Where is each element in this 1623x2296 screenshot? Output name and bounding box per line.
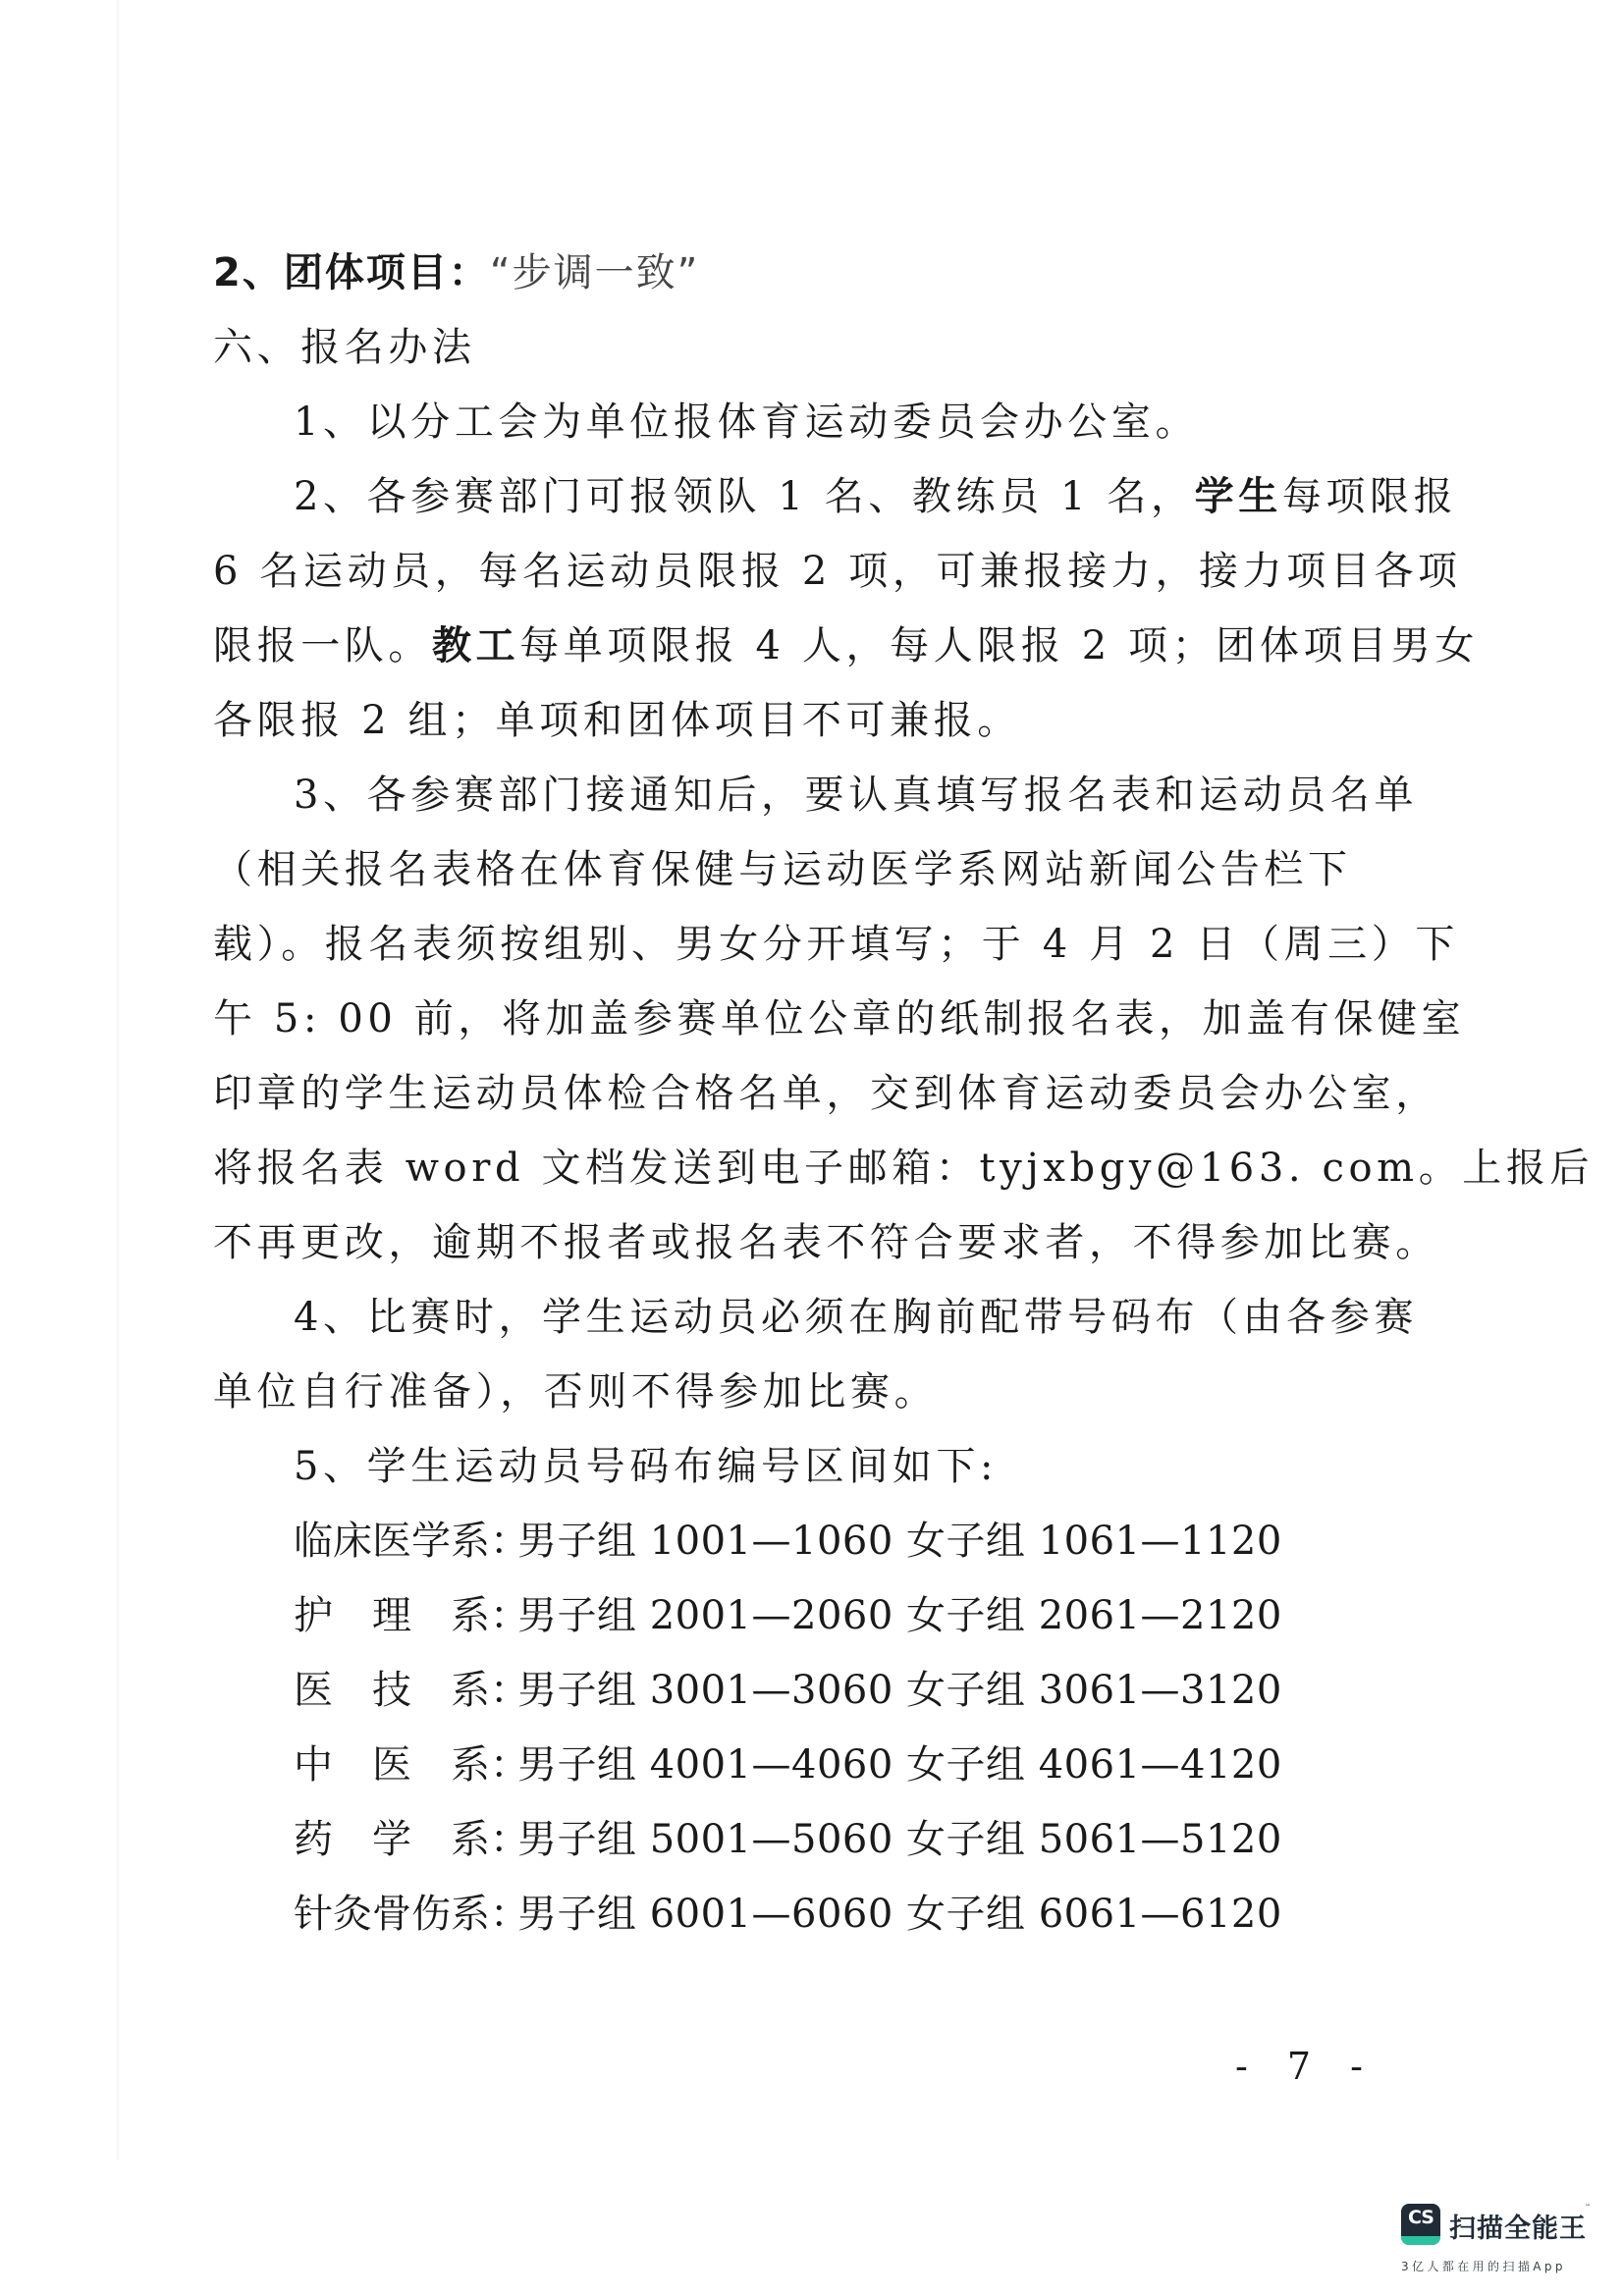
number-range-row: 药学系：男子组 5001—5060 女子组 5061—5120 <box>213 1802 1327 1877</box>
range-values: 男子组 5001—5060 女子组 5061—5120 <box>517 1802 1282 1877</box>
paragraph-3-line-6-email: 将报名表 word 文档发送到电子邮箱：tyjxbgy@163. com。上报后 <box>213 1131 1327 1205</box>
section-heading-registration: 六、报名办法 <box>213 310 1327 385</box>
team-event-line: 2、团体项目：“步调一致” <box>213 236 1327 310</box>
cs-logo-text: CS <box>1401 2207 1440 2228</box>
p2-bold-students: 学生 <box>1195 474 1282 519</box>
paragraph-3-line-7: 不再更改，逾期不报者或报名表不符合要求者，不得参加比赛。 <box>213 1205 1327 1280</box>
paragraph-4-line-1: 4、比赛时，学生运动员必须在胸前配带号码布（由各参赛 <box>213 1280 1327 1355</box>
page-number: - 7 - <box>1235 2045 1377 2088</box>
department-name: 医技系 <box>294 1653 490 1728</box>
range-values: 男子组 4001—4060 女子组 4061—4120 <box>517 1728 1282 1802</box>
scan-edge-shadow <box>116 0 120 2160</box>
cs-trademark: ™ <box>1585 2204 1591 2211</box>
p2-bold-staff: 教工 <box>432 623 519 668</box>
paragraph-4: 4、比赛时，学生运动员必须在胸前配带号码布（由各参赛 单位自行准备），否则不得参… <box>213 1280 1327 1429</box>
number-range-row: 中医系：男子组 4001—4060 女子组 4061—4120 <box>213 1728 1327 1802</box>
number-range-row: 医技系：男子组 3001—3060 女子组 3061—3120 <box>213 1653 1327 1728</box>
paragraph-2-line-4: 各限报 2 组；单项和团体项目不可兼报。 <box>213 683 1327 758</box>
paragraph-4-line-2: 单位自行准备），否则不得参加比赛。 <box>213 1355 1327 1429</box>
document-page: 2、团体项目：“步调一致” 六、报名办法 1、以分工会为单位报体育运动委员会办公… <box>213 236 1327 1951</box>
department-name: 针灸骨伤系 <box>294 1877 490 1951</box>
range-values: 男子组 1001—1060 女子组 1061—1120 <box>517 1504 1282 1578</box>
paragraph-2-line-1: 2、各参赛部门可报领队 1 名、教练员 1 名，学生每项限报 <box>213 459 1327 534</box>
p2-text-d: 每单项限报 4 人，每人限报 2 项；团体项目男女 <box>519 623 1479 668</box>
cs-logo-icon: CS <box>1401 2204 1440 2245</box>
p2-text-a: 2、各参赛部门可报领队 1 名、教练员 1 名， <box>294 474 1195 519</box>
paragraph-1: 1、以分工会为单位报体育运动委员会办公室。 <box>213 385 1327 459</box>
team-event-value: “步调一致” <box>490 250 699 295</box>
p2-text-c: 限报一队。 <box>213 623 432 668</box>
team-event-label: 2、团体项目： <box>213 250 490 295</box>
department-name: 护理系 <box>294 1578 490 1653</box>
camscanner-watermark: CS 扫描全能王 ™ 3亿人都在用的扫描App <box>1398 2204 1604 2292</box>
number-range-row: 护理系：男子组 2001—2060 女子组 2061—2120 <box>213 1578 1327 1653</box>
number-range-row: 针灸骨伤系：男子组 6001—6060 女子组 6061—6120 <box>213 1877 1327 1951</box>
range-values: 男子组 3001—3060 女子组 3061—3120 <box>517 1653 1282 1728</box>
cs-logo-band <box>1401 2236 1440 2245</box>
department-colon: ： <box>490 1578 514 1653</box>
department-colon: ： <box>490 1504 514 1578</box>
paragraph-5: 5、学生运动员号码布编号区间如下: <box>213 1429 1327 1504</box>
department-name: 药学系 <box>294 1802 490 1877</box>
number-range-row: 临床医学系：男子组 1001—1060 女子组 1061—1120 <box>213 1504 1327 1578</box>
p2-text-b: 每项限报 <box>1282 474 1457 519</box>
range-values: 男子组 2001—2060 女子组 2061—2120 <box>517 1578 1282 1653</box>
cs-app-title: 扫描全能王 <box>1449 2207 1587 2245</box>
paragraph-2-line-3: 限报一队。教工每单项限报 4 人，每人限报 2 项；团体项目男女 <box>213 609 1327 683</box>
paragraph-2: 2、各参赛部门可报领队 1 名、教练员 1 名，学生每项限报 6 名运动员，每名… <box>213 459 1327 758</box>
department-name: 中医系 <box>294 1728 490 1802</box>
department-colon: ： <box>490 1653 514 1728</box>
paragraph-3: 3、各参赛部门接通知后，要认真填写报名表和运动员名单 （相关报名表格在体育保健与… <box>213 758 1327 1280</box>
range-values: 男子组 6001—6060 女子组 6061—6120 <box>517 1877 1282 1951</box>
department-name: 临床医学系 <box>294 1504 490 1578</box>
paragraph-3-line-4: 午 5: 00 前，将加盖参赛单位公章的纸制报名表，加盖有保健室 <box>213 982 1327 1056</box>
cs-slogan: 3亿人都在用的扫描App <box>1401 2258 1566 2274</box>
number-range-list: 临床医学系：男子组 1001—1060 女子组 1061—1120护理系：男子组… <box>213 1504 1327 1951</box>
paragraph-3-line-1: 3、各参赛部门接通知后，要认真填写报名表和运动员名单 <box>213 758 1327 832</box>
paragraph-3-line-2: （相关报名表格在体育保健与运动医学系网站新闻公告栏下 <box>213 832 1327 907</box>
department-colon: ： <box>490 1877 514 1951</box>
department-colon: ： <box>490 1728 514 1802</box>
paragraph-2-line-2: 6 名运动员，每名运动员限报 2 项，可兼报接力，接力项目各项 <box>213 534 1327 609</box>
department-colon: ： <box>490 1802 514 1877</box>
paragraph-3-line-5: 印章的学生运动员体检合格名单，交到体育运动委员会办公室， <box>213 1056 1327 1131</box>
paragraph-3-line-3: 载）。报名表须按组别、男女分开填写；于 4 月 2 日（周三）下 <box>213 907 1327 982</box>
